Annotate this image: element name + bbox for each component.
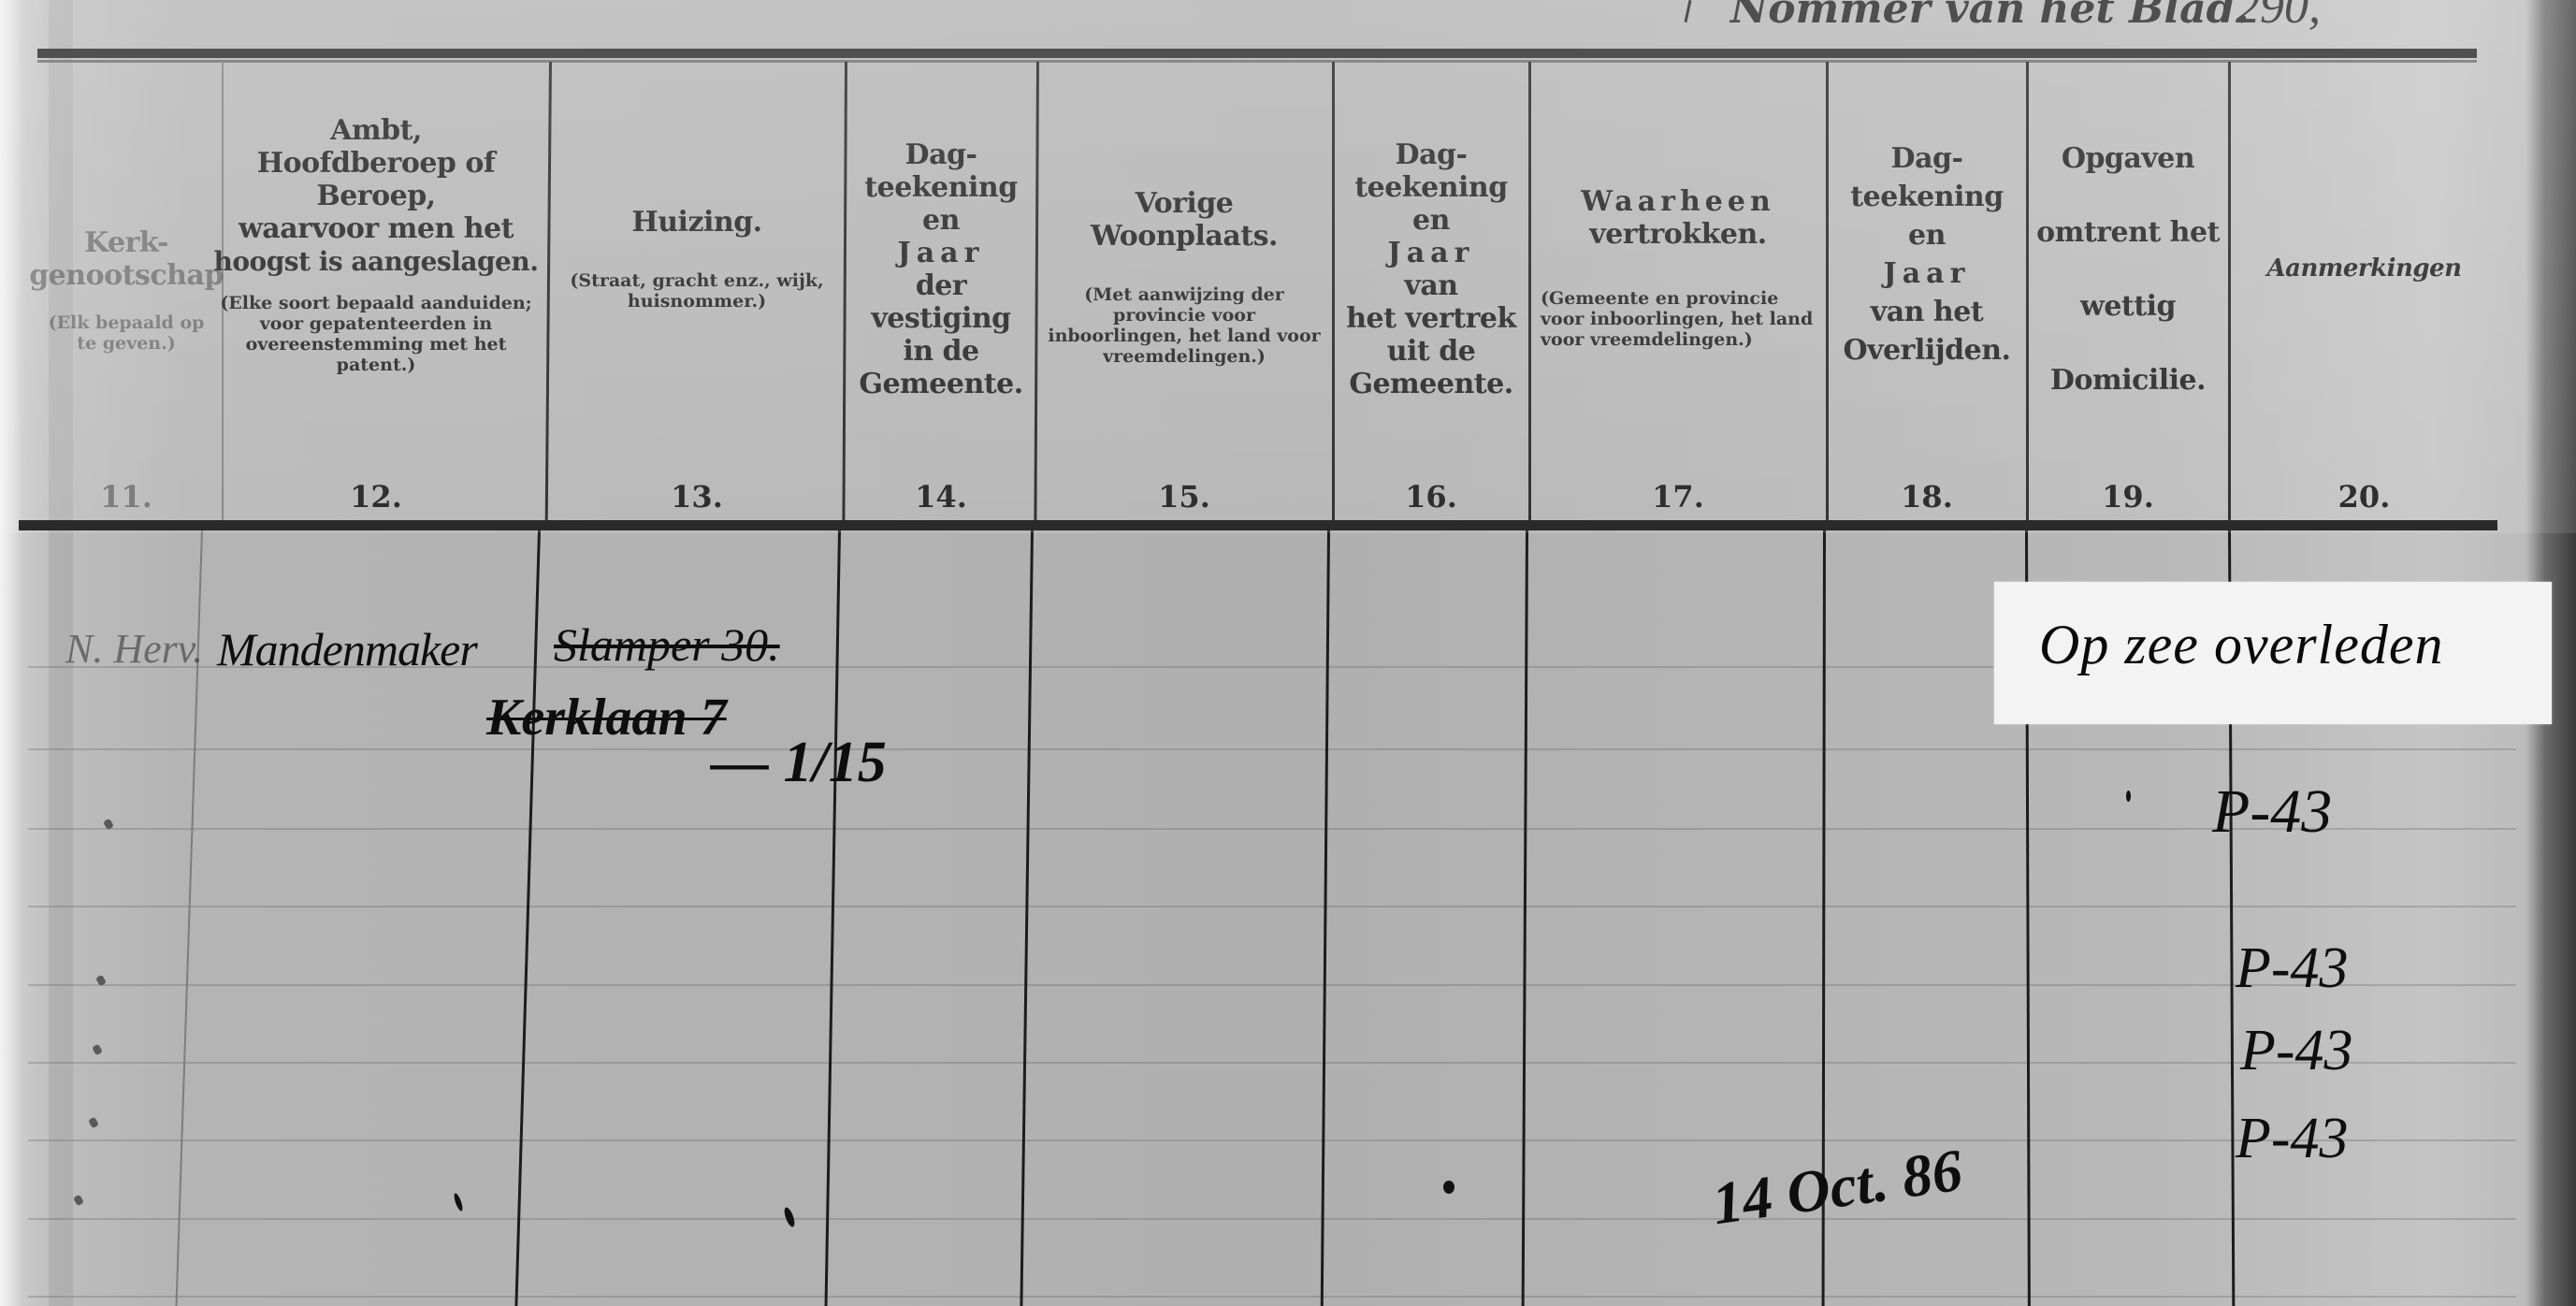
header-18-line-4: Jaar <box>1884 257 1971 290</box>
header-16-line-6: het vertrek <box>1346 302 1516 335</box>
ditto-mark <box>92 1044 103 1056</box>
column-divider-13-14-body <box>825 530 841 1306</box>
entry-domicile-note: Op zee overleden <box>2039 613 2443 677</box>
header-19-line-4: Domicilie. <box>2050 364 2206 397</box>
column-divider-14-15-body <box>1020 530 1034 1306</box>
column-header-15: Vorige Woonplaats. (Met aanwijzing der p… <box>1038 65 1330 515</box>
entry-address-current: Kerklaan 7 <box>486 688 727 747</box>
header-18-line-2: teekening <box>1850 181 2003 213</box>
header-18-line-1: Dag- <box>1891 142 1963 175</box>
entry-death-date: 14 Oct. 86 <box>1708 1136 1966 1240</box>
column-divider-16-17-body <box>1522 530 1528 1306</box>
header-bottom-rule <box>19 520 2497 530</box>
header-20-line-1: Aanmerkingen <box>2266 253 2461 285</box>
ink-speck <box>2126 791 2131 802</box>
header-12-line-5: hoogst is aangeslagen. <box>214 245 539 278</box>
ruled-line <box>28 906 2516 907</box>
header-18-line-6: Overlijden. <box>1844 334 2011 367</box>
header-12-line-2: Hoofdberoep of <box>257 147 496 180</box>
header-16-line-3: en <box>1412 204 1450 237</box>
entry-remark-1: P-43 <box>2212 776 2332 848</box>
ruled-line <box>28 748 2516 750</box>
header-16-line-1: Dag- <box>1396 138 1468 171</box>
column-header-18: Dag- teekening en Jaar van het Overlijde… <box>1829 65 2025 516</box>
column-header-12: Ambt, Hoofdberoep of Beroep, waarvoor me… <box>208 65 544 516</box>
ditto-mark <box>88 1117 99 1129</box>
header-11-line-1: Kerk- <box>84 226 168 259</box>
column-number-12: 12. <box>208 479 544 515</box>
ink-speck <box>782 1206 796 1227</box>
header-11-line-2: genootschap <box>29 259 224 292</box>
entry-occupation: Mandenmaker <box>217 622 477 676</box>
column-number-11: 11. <box>56 479 196 515</box>
ruled-line <box>28 1139 2516 1141</box>
ruled-line <box>28 828 2516 830</box>
column-header-11: Kerk- genootschap (Elk bepaald op te gev… <box>37 65 215 515</box>
column-header-17: Waarheen vertrokken. (Gemeente en provin… <box>1531 65 1825 513</box>
header-15-line-2: Woonplaats. <box>1091 220 1278 253</box>
ruled-line <box>28 1062 2516 1064</box>
header-19-line-3: wettig <box>2080 290 2176 323</box>
header-19-line-2: omtrent het <box>2036 216 2220 249</box>
entry-religion: N. Herv. <box>65 625 203 673</box>
header-12-line-4: waarvoor men het <box>239 212 514 245</box>
sheet-number-label: Nommer van het Blad. <box>1730 0 2250 33</box>
entry-address-struck: Slamper 30. <box>554 617 780 672</box>
column-header-16: Dag- teekening en Jaar van het vertrek u… <box>1335 65 1527 513</box>
column-number-13: 13. <box>552 479 842 515</box>
header-12-subtitle: (Elke soort bepaald aanduiden; voor gepa… <box>208 293 544 375</box>
page-left-edge <box>0 0 22 1306</box>
ruled-line <box>28 984 2516 986</box>
header-16-line-8: Gemeente. <box>1349 368 1512 400</box>
header-12-line-1: Ambt, <box>330 114 422 147</box>
header-14-line-2: teekening <box>864 171 1017 204</box>
column-divider-12-13 <box>545 62 552 520</box>
column-header-19: Opgaven omtrent het wettig Domicilie. <box>2028 65 2228 516</box>
ruled-line <box>28 1218 2516 1220</box>
header-14-line-5: der <box>916 269 966 302</box>
header-17-subtitle: (Gemeente en provincie voor inboorlingen… <box>1531 288 1825 350</box>
header-18-line-3: en <box>1908 219 1946 252</box>
header-19-line-1: Opgaven <box>2062 142 2194 175</box>
header-17-line-1: Waarheen <box>1581 185 1775 218</box>
header-14-line-4: Jaar <box>898 237 985 269</box>
header-16-line-2: teekening <box>1354 171 1507 204</box>
header-14-line-3: en <box>922 204 960 237</box>
column-number-19: 19. <box>2028 479 2228 515</box>
column-number-18: 18. <box>1829 479 2025 515</box>
header-14-line-8: Gemeente. <box>859 368 1022 400</box>
ditto-mark <box>73 1195 84 1207</box>
entry-remark-2: P-43 <box>2236 936 2349 1002</box>
column-number-14: 14. <box>847 479 1035 515</box>
column-number-16: 16. <box>1335 479 1527 515</box>
header-16-line-4: Jaar <box>1388 237 1475 269</box>
header-13-line-1: Huizing. <box>631 206 761 239</box>
top-rule-secondary <box>37 60 2477 63</box>
entry-remark-3: P-43 <box>2240 1018 2353 1084</box>
ink-speck <box>1443 1181 1454 1194</box>
column-divider-15-16-body <box>1321 530 1330 1306</box>
top-rule <box>37 49 2477 58</box>
header-14-line-1: Dag- <box>905 138 977 171</box>
header-14-line-7: in de <box>903 335 978 368</box>
header-14-line-6: vestiging <box>871 302 1010 335</box>
register-page: Nommer van het Blad. 290, Kerk- genootsc… <box>0 0 2576 1306</box>
header-15-subtitle: (Met aanwijzing der provincie voor inboo… <box>1038 284 1330 367</box>
column-number-15: 15. <box>1038 479 1330 515</box>
ink-speck <box>453 1193 464 1212</box>
sheet-number-value: 290, <box>2236 0 2321 35</box>
column-number-17: 17. <box>1531 479 1825 515</box>
header-16-line-5: van <box>1404 269 1457 302</box>
entry-remark-4: P-43 <box>2236 1106 2349 1172</box>
top-divider-stroke <box>1685 0 1692 22</box>
header-16-line-7: uit de <box>1387 335 1476 368</box>
header-17-line-2: vertrokken. <box>1589 218 1766 251</box>
header-11-subtitle: (Elk bepaald op te geven.) <box>37 312 215 354</box>
column-header-20: Aanmerkingen <box>2231 65 2497 515</box>
column-header-13: Huizing. (Straat, gracht enz., wijk, hui… <box>552 65 842 515</box>
column-divider-12-13-body <box>514 530 541 1306</box>
header-12-line-3: Beroep, <box>316 180 435 212</box>
column-number-20: 20. <box>2231 479 2497 515</box>
header-18-line-5: van het <box>1871 296 1983 328</box>
column-header-14: Dag- teekening en Jaar der vestiging in … <box>847 65 1035 513</box>
header-15-line-1: Vorige <box>1136 187 1234 220</box>
ruled-line <box>28 1296 2516 1298</box>
header-13-subtitle: (Straat, gracht enz., wijk, huisnommer.) <box>552 270 842 312</box>
entry-address-suffix: — 1/15 <box>711 730 887 796</box>
